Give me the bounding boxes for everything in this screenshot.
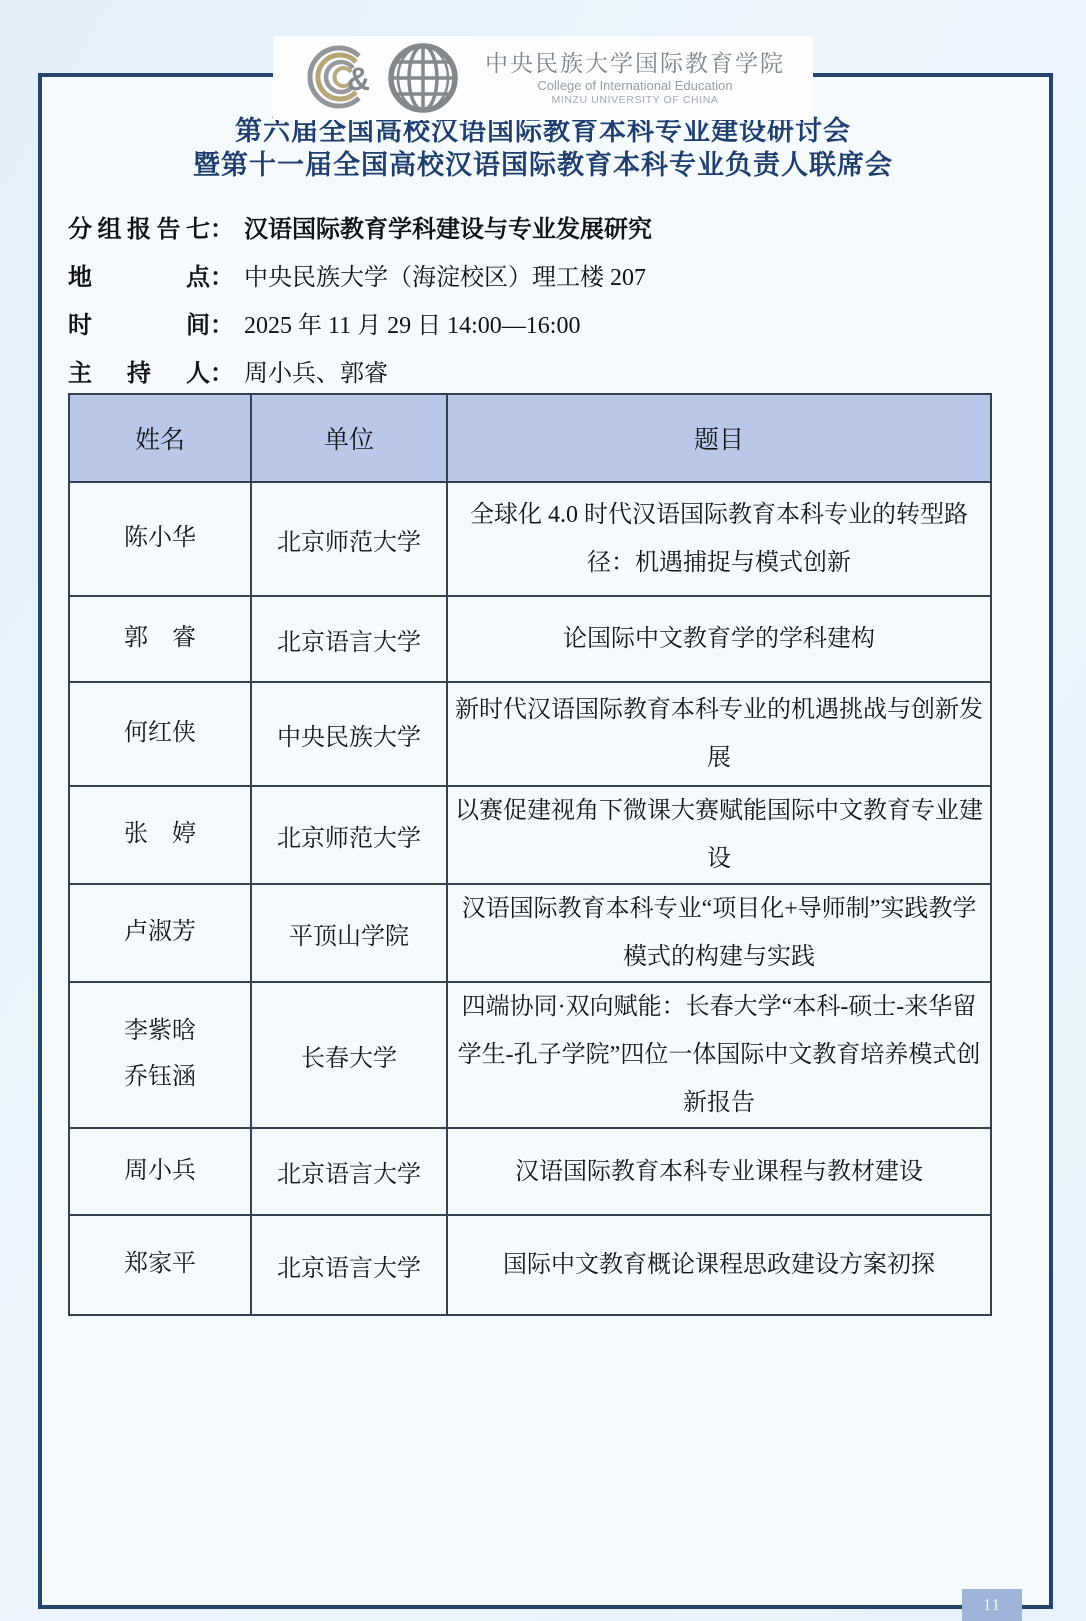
cell-name: 张 婷	[69, 786, 251, 884]
cell-name: 郑家平	[69, 1215, 251, 1315]
info-value: 汉语国际教育学科建设与专业发展研究	[244, 209, 652, 244]
col-header-affiliation: 单位	[251, 394, 447, 482]
table-header: 姓名 单位 题目	[69, 394, 991, 482]
cell-affiliation: 北京语言大学	[251, 1215, 447, 1315]
conference-title: 第六届全国高校汉语国际教育本科专业建设研讨会 暨第十一届全国高校汉语国际教育本科…	[0, 114, 1086, 182]
table-row: 周小兵 北京语言大学 汉语国际教育本科专业课程与教材建设	[69, 1128, 991, 1215]
col-header-title: 题目	[447, 394, 991, 482]
cell-affiliation: 北京师范大学	[251, 786, 447, 884]
info-value: 周小兵、郭睿	[244, 353, 388, 388]
cell-affiliation: 长春大学	[251, 982, 447, 1128]
cell-name: 周小兵	[69, 1128, 251, 1215]
org-name-en-sub: MINZU UNIVERSITY OF CHINA	[551, 94, 718, 107]
ampersand-glyph: &	[347, 61, 370, 97]
info-colon: ：	[210, 209, 234, 244]
table-row: 卢淑芳 平顶山学院 汉语国际教育本科专业“项目化+导师制”实践教学模式的构建与实…	[69, 884, 991, 982]
cell-title: 国际中文教育概论课程思政建设方案初探	[447, 1215, 991, 1315]
cell-name: 李紫晗 乔钰涵	[69, 982, 251, 1128]
cell-affiliation: 北京师范大学	[251, 482, 447, 596]
page-number-badge: 11	[962, 1589, 1022, 1621]
logo-text: 中央民族大学国际教育学院 College of International Ed…	[485, 49, 785, 107]
cell-title: 汉语国际教育本科专业课程与教材建设	[447, 1128, 991, 1215]
org-name-cn: 中央民族大学国际教育学院	[485, 49, 785, 78]
cell-title: 以赛促建视角下微课大赛赋能国际中文教育专业建设	[447, 786, 991, 884]
cell-affiliation: 中央民族大学	[251, 682, 447, 786]
info-label: 分组报告七	[68, 209, 210, 244]
info-line-hosts: 主持人： 周小兵、郭睿	[68, 346, 998, 394]
info-label: 时间	[68, 305, 210, 340]
info-colon: ：	[210, 353, 234, 388]
table-row: 陈小华 北京师范大学 全球化 4.0 时代汉语国际教育本科专业的转型路径：机遇捕…	[69, 482, 991, 596]
info-colon: ：	[210, 257, 234, 292]
cell-title: 新时代汉语国际教育本科专业的机遇挑战与创新发展	[447, 682, 991, 786]
table-row: 何红侠 中央民族大学 新时代汉语国际教育本科专业的机遇挑战与创新发展	[69, 682, 991, 786]
table-row: 郭 睿 北京语言大学 论国际中文教育学的学科建构	[69, 596, 991, 682]
cell-name: 陈小华	[69, 482, 251, 596]
info-label: 地点	[68, 257, 210, 292]
col-header-name: 姓名	[69, 394, 251, 482]
cell-name: 郭 睿	[69, 596, 251, 682]
org-name-en: College of International Education	[537, 78, 732, 94]
table-body: 陈小华 北京师范大学 全球化 4.0 时代汉语国际教育本科专业的转型路径：机遇捕…	[69, 482, 991, 1315]
cell-name: 卢淑芳	[69, 884, 251, 982]
info-line-location: 地点： 中央民族大学（海淀校区）理工楼 207	[68, 250, 998, 298]
cell-title: 汉语国际教育本科专业“项目化+导师制”实践教学模式的构建与实践	[447, 884, 991, 982]
cell-title: 全球化 4.0 时代汉语国际教育本科专业的转型路径：机遇捕捉与模式创新	[447, 482, 991, 596]
info-line-time: 时间： 2025 年 11 月 29 日 14:00—16:00	[68, 298, 998, 346]
conference-title-line2: 暨第十一届全国高校汉语国际教育本科专业负责人联席会	[0, 148, 1086, 182]
college-logo-icon: &	[301, 40, 469, 116]
logo: & 中央民族大学国际教育学院 College of International …	[273, 36, 813, 120]
info-value: 中央民族大学（海淀校区）理工楼 207	[244, 257, 646, 292]
cell-title: 四端协同·双向赋能：长春大学“本科-硕士-来华留学生-孔子学院”四位一体国际中文…	[447, 982, 991, 1128]
info-label: 主持人	[68, 353, 210, 388]
table-row: 李紫晗 乔钰涵 长春大学 四端协同·双向赋能：长春大学“本科-硕士-来华留学生-…	[69, 982, 991, 1128]
globe-icon	[391, 46, 455, 110]
info-value: 2025 年 11 月 29 日 14:00—16:00	[244, 305, 580, 340]
cell-affiliation: 北京语言大学	[251, 596, 447, 682]
cell-title: 论国际中文教育学的学科建构	[447, 596, 991, 682]
cell-name: 何红侠	[69, 682, 251, 786]
table-row: 郑家平 北京语言大学 国际中文教育概论课程思政建设方案初探	[69, 1215, 991, 1315]
cell-affiliation: 平顶山学院	[251, 884, 447, 982]
session-info: 分组报告七： 汉语国际教育学科建设与专业发展研究 地点： 中央民族大学（海淀校区…	[68, 202, 998, 394]
schedule-table: 姓名 单位 题目 陈小华 北京师范大学 全球化 4.0 时代汉语国际教育本科专业…	[68, 393, 992, 1316]
info-line-session: 分组报告七： 汉语国际教育学科建设与专业发展研究	[68, 202, 998, 250]
info-colon: ：	[210, 305, 234, 340]
table-row: 张 婷 北京师范大学 以赛促建视角下微课大赛赋能国际中文教育专业建设	[69, 786, 991, 884]
cell-affiliation: 北京语言大学	[251, 1128, 447, 1215]
